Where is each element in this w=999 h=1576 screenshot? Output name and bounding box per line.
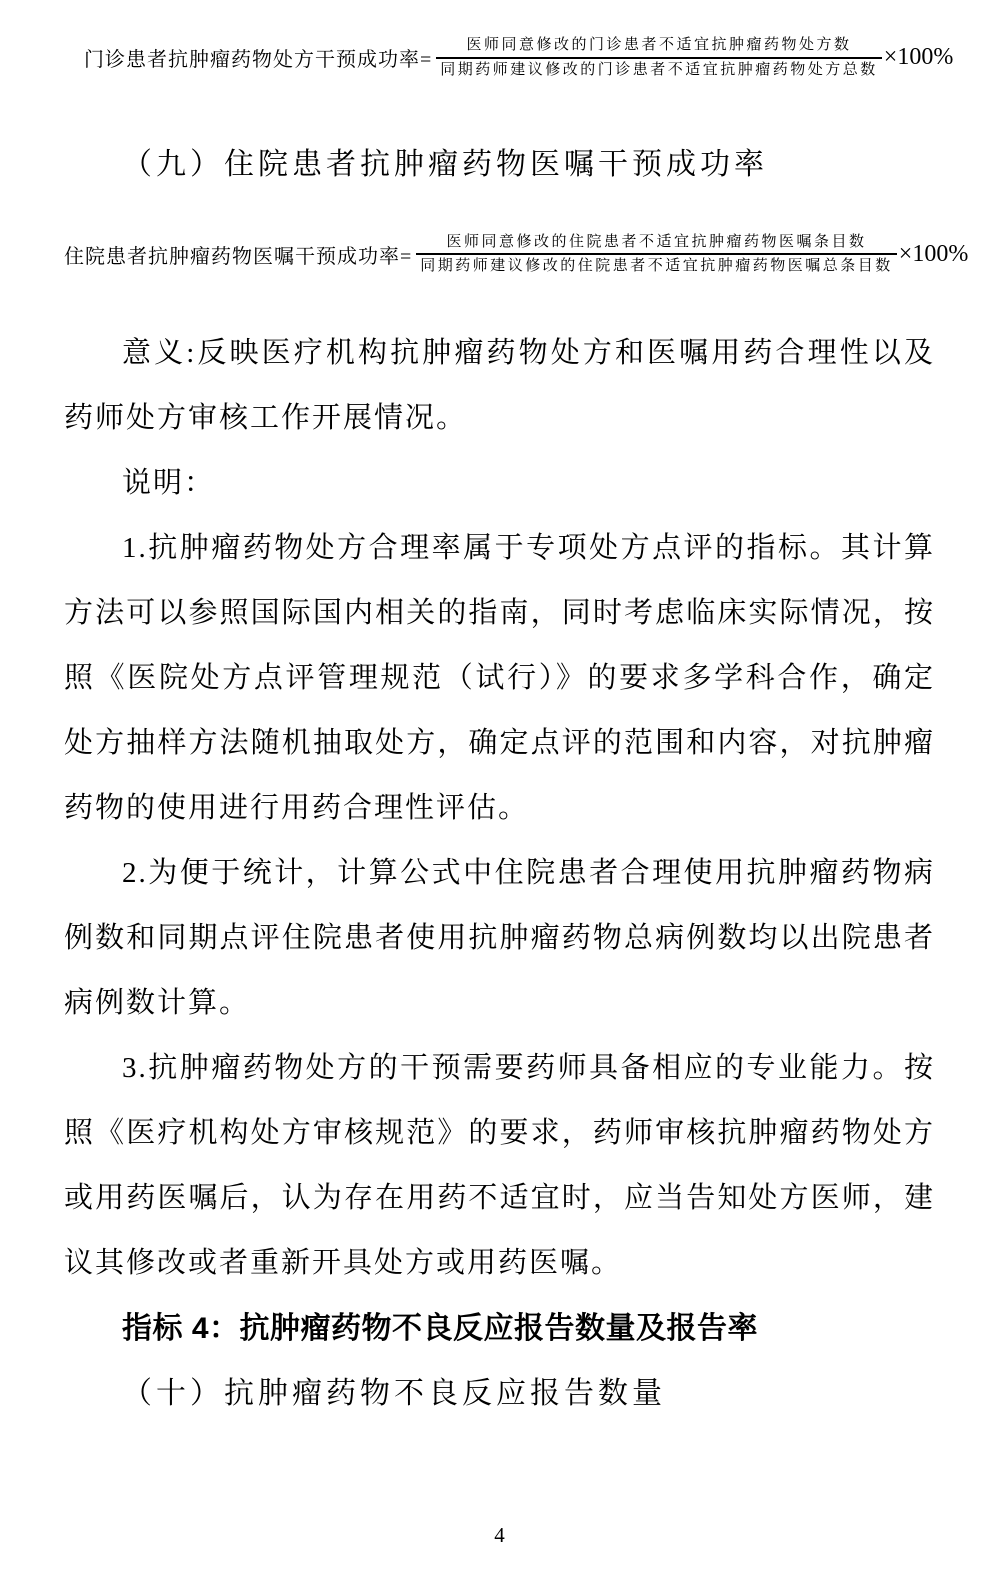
paragraph-note-3-line: 或用药医嘱后，认为存在用药不适宜时，应当告知处方医师，建: [64, 1166, 935, 1231]
paragraph-note-label: 说明：: [64, 451, 935, 516]
document-content: 门诊患者抗肿瘤药物处方干预成功率= 医师同意修改的门诊患者不适宜抗肿瘤药物处方数…: [0, 0, 999, 1426]
heading-section-10: （十）抗肿瘤药物不良反应报告数量: [64, 1361, 935, 1426]
formula-lhs: 住院患者抗肿瘤药物医嘱干预成功率=: [64, 240, 412, 269]
formula-lhs: 门诊患者抗肿瘤药物处方干预成功率=: [84, 43, 432, 72]
paragraph-note-1-line: 药物的使用进行用药合理性评估。: [64, 776, 935, 841]
formula-inpatient-intervention-success-rate: 住院患者抗肿瘤药物医嘱干预成功率= 医师同意修改的住院患者不适宜抗肿瘤药物医嘱条…: [64, 233, 935, 277]
page-number: 4: [0, 1523, 999, 1548]
paragraph-note-2-line: 病例数计算。: [64, 971, 935, 1036]
formula-numerator: 医师同意修改的门诊患者不适宜抗肿瘤药物处方数: [463, 36, 856, 57]
paragraph-note-1-line: 处方抽样方法随机抽取处方，确定点评的范围和内容，对抗肿瘤: [64, 711, 935, 776]
paragraph-note-1-line: 方法可以参照国际国内相关的指南，同时考虑临床实际情况，按: [64, 581, 935, 646]
document-page: 门诊患者抗肿瘤药物处方干预成功率= 医师同意修改的门诊患者不适宜抗肿瘤药物处方数…: [0, 0, 999, 1576]
paragraph-note-1-line: 照《医院处方点评管理规范（试行）》的要求多学科合作，确定: [64, 646, 935, 711]
paragraph-note-3-line: 议其修改或者重新开具处方或用药医嘱。: [64, 1231, 935, 1296]
heading-indicator-4: 指标 4：抗肿瘤药物不良反应报告数量及报告率: [64, 1296, 935, 1361]
formula-multiplier: ×100%: [884, 44, 954, 71]
formula-numerator: 医师同意修改的住院患者不适宜抗肿瘤药物医嘱条目数: [443, 233, 871, 254]
heading-section-9: （九）住院患者抗肿瘤药物医嘱干预成功率: [64, 132, 935, 197]
formula-multiplier: ×100%: [899, 241, 969, 268]
paragraph-note-3-line: 3.抗肿瘤药物处方的干预需要药师具备相应的专业能力。按: [64, 1036, 935, 1101]
formula-denominator: 同期药师建议修改的门诊患者不适宜抗肿瘤药物处方总数: [436, 57, 882, 80]
paragraph-note-1-line: 1.抗肿瘤药物处方合理率属于专项处方点评的指标。其计算: [64, 516, 935, 581]
formula-fraction: 医师同意修改的住院患者不适宜抗肿瘤药物医嘱条目数 同期药师建议修改的住院患者不适…: [416, 233, 897, 277]
paragraph-note-2-line: 例数和同期点评住院患者使用抗肿瘤药物总病例数均以出院患者: [64, 906, 935, 971]
paragraph-note-2-line: 2.为便于统计，计算公式中住院患者合理使用抗肿瘤药物病: [64, 841, 935, 906]
formula-fraction: 医师同意修改的门诊患者不适宜抗肿瘤药物处方数 同期药师建议修改的门诊患者不适宜抗…: [436, 36, 882, 80]
paragraph-meaning-line: 药师处方审核工作开展情况。: [64, 386, 935, 451]
paragraph-meaning-line: 意义:反映医疗机构抗肿瘤药物处方和医嘱用药合理性以及: [64, 321, 935, 386]
formula-denominator: 同期药师建议修改的住院患者不适宜抗肿瘤药物医嘱总条目数: [416, 253, 897, 276]
formula-outpatient-intervention-success-rate: 门诊患者抗肿瘤药物处方干预成功率= 医师同意修改的门诊患者不适宜抗肿瘤药物处方数…: [84, 36, 935, 80]
paragraph-note-3-line: 照《医疗机构处方审核规范》的要求，药师审核抗肿瘤药物处方: [64, 1101, 935, 1166]
